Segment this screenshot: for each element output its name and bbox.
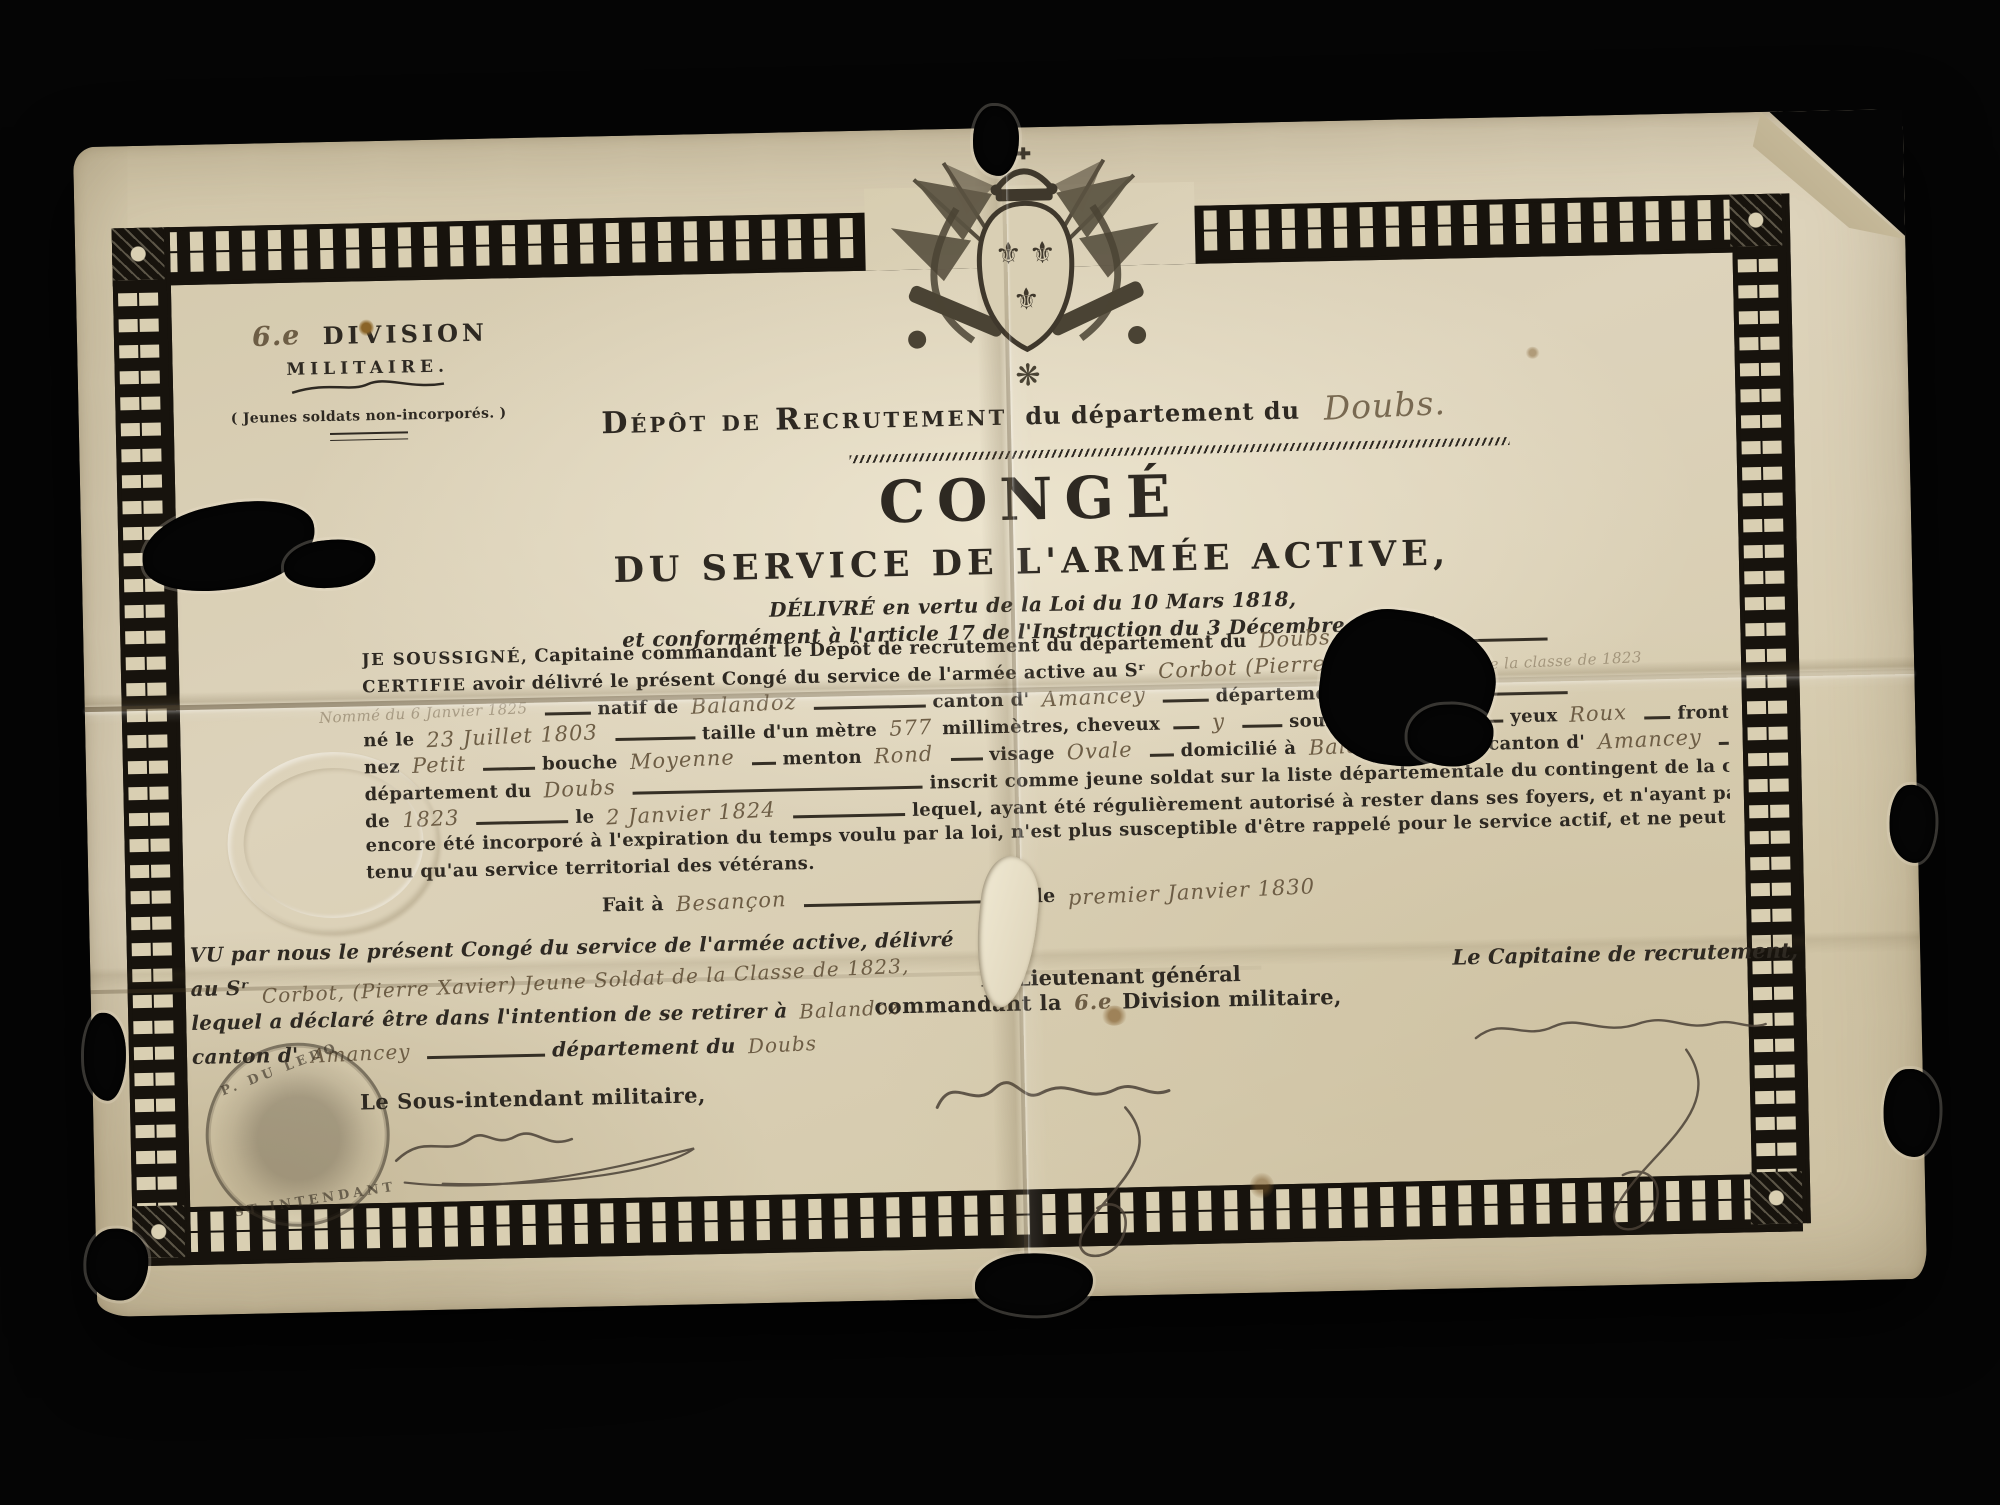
blank-rule xyxy=(483,754,535,771)
paper-tear-hole xyxy=(83,1012,127,1101)
printed-text: du département du xyxy=(1025,396,1300,431)
handwritten-entry: Amancey xyxy=(1597,726,1702,754)
blank-rule xyxy=(1149,740,1173,756)
printed-text: département du xyxy=(552,1034,736,1062)
handwritten-entry: Roux xyxy=(1569,700,1628,727)
printed-text: bouche xyxy=(542,752,618,775)
printed-text: front xyxy=(1677,702,1728,724)
blank-rule xyxy=(950,744,982,761)
handwritten-entry: Rond xyxy=(873,742,934,769)
blank-rule xyxy=(615,723,695,741)
printed-text: taille d'un mètre xyxy=(702,720,878,745)
folded-corner-void xyxy=(1688,109,1906,268)
paper-tear-hole xyxy=(86,1228,149,1301)
handwritten-entry: Doubs. xyxy=(1323,383,1447,428)
svg-text:⚜: ⚜ xyxy=(1029,236,1057,272)
paper-tear-hole xyxy=(1889,784,1937,863)
blank-rule xyxy=(633,773,923,795)
printed-text: Division militaire, xyxy=(1122,984,1342,1014)
handwritten-entry: 23 Juillet 1803 xyxy=(426,720,598,752)
signature-flourish-sous-intendant xyxy=(381,1096,723,1203)
border-corner-top-left xyxy=(112,227,165,280)
printed-text: yeux xyxy=(1510,705,1558,727)
handwritten-entry: 577 xyxy=(889,715,933,741)
handwritten-entry: Doubs xyxy=(747,1031,817,1058)
blank-rule xyxy=(751,749,775,765)
printed-text: visage xyxy=(989,743,1055,765)
printed-text: domicilié à xyxy=(1180,738,1296,761)
ink-stain xyxy=(1525,347,1539,359)
printed-text: le xyxy=(575,807,595,828)
svg-text:❋: ❋ xyxy=(1015,358,1041,394)
royal-coat-of-arms-icon: ⚜⚜⚜ ❋ xyxy=(843,138,1208,397)
printed-text: commandant la xyxy=(874,990,1062,1019)
signature-flourish-capitaine xyxy=(1429,989,1835,1277)
svg-text:⚜: ⚜ xyxy=(1013,282,1041,318)
handwritten-entry: Besançon xyxy=(675,887,787,916)
handwritten-entry: y xyxy=(1212,709,1226,734)
handwritten-entry: Moyenne xyxy=(629,745,735,774)
blank-rule xyxy=(1718,728,1729,745)
handwritten-entry: Petit xyxy=(411,751,466,778)
certificate-body: JE SOUSSIGNÉ,Capitaine commandant le Dép… xyxy=(361,618,1732,928)
blank-rule xyxy=(427,1041,545,1059)
blank-rule xyxy=(476,807,568,825)
handwritten-entry: 6.e xyxy=(251,320,301,353)
signature-flourish-lieutenant xyxy=(914,1039,1269,1286)
printed-text: Dépôt de Recrutement xyxy=(601,398,1008,441)
paper-tear-hole xyxy=(972,105,1019,176)
handwritten-entry: 2 Janvier 1824 xyxy=(606,798,777,830)
svg-text:⚜: ⚜ xyxy=(995,236,1023,272)
printed-text: CERTIFIE xyxy=(362,674,467,696)
paper-tear-hole xyxy=(974,1252,1093,1316)
printed-text: canton d' xyxy=(1488,732,1586,755)
handwritten-entry: Doubs xyxy=(543,775,616,802)
handwritten-entry: Ovale xyxy=(1066,737,1133,764)
printed-text: JE SOUSSIGNÉ, xyxy=(362,646,529,669)
blank-rule xyxy=(1644,703,1670,720)
printed-text: Fait à xyxy=(602,893,665,916)
folded-corner xyxy=(1688,109,1906,268)
photo-background: ⚜⚜⚜ ❋ 6.e DIVISION MILITAIRE. ( Jeunes s… xyxy=(0,0,2000,1505)
border-ornament-left xyxy=(112,227,192,1258)
blank-rule xyxy=(1242,711,1282,728)
brace-ornament xyxy=(288,376,448,395)
printed-text: millimètres, cheveux xyxy=(942,714,1160,740)
printed-text: né le xyxy=(363,729,415,751)
printed-text: menton xyxy=(782,747,862,770)
blank-rule xyxy=(793,800,905,818)
paper-tear-hole xyxy=(1883,1068,1941,1157)
division-underline xyxy=(330,431,408,441)
handwritten-entry: premier Janvier 1830 xyxy=(1067,874,1315,910)
division-title: DIVISION xyxy=(322,318,488,350)
handwritten-entry: Doubs xyxy=(1258,625,1331,652)
blank-rule xyxy=(1173,713,1199,730)
document-paper: ⚜⚜⚜ ❋ 6.e DIVISION MILITAIRE. ( Jeunes s… xyxy=(73,109,1927,1317)
